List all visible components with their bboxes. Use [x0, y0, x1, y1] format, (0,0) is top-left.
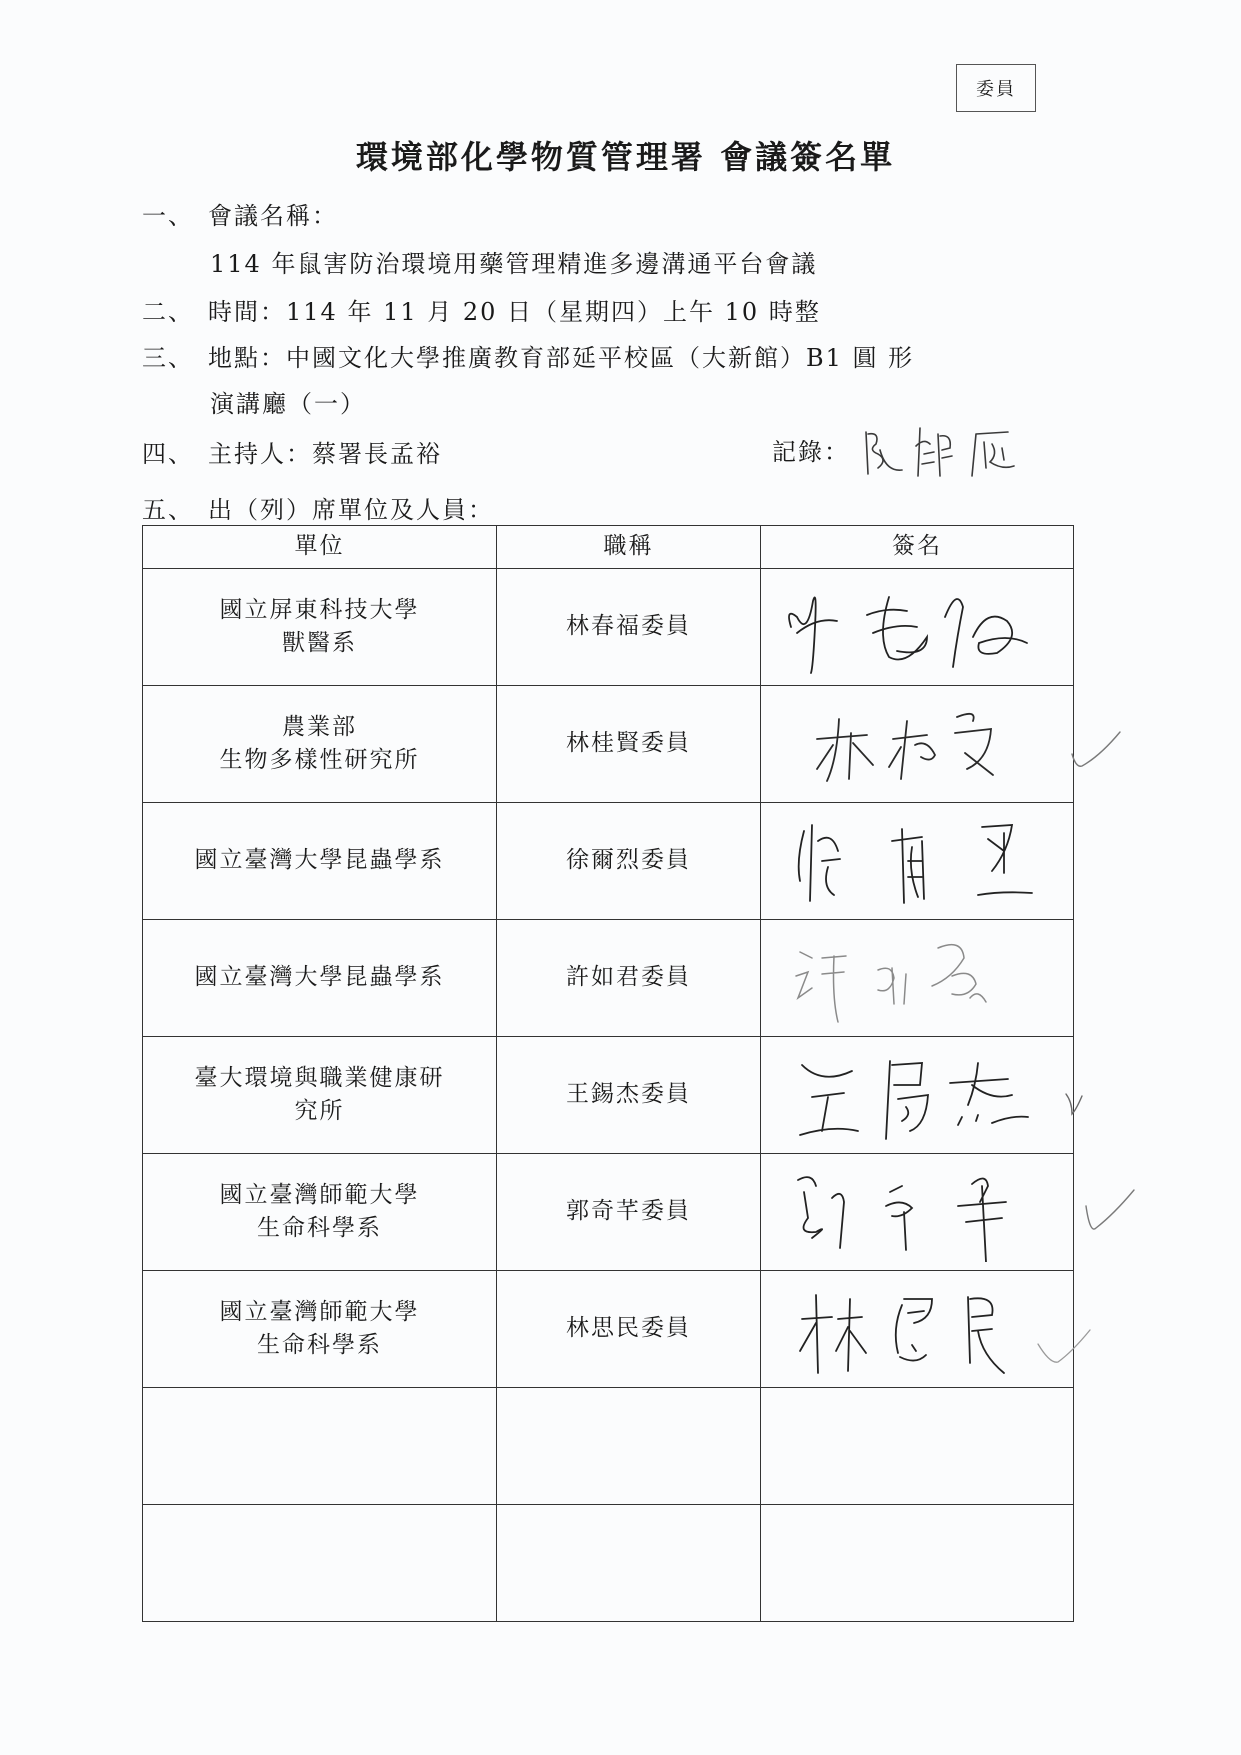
meeting-time-line: 二、時間：114 年 11 月 20 日（星期四）上午 10 時整: [142, 292, 821, 327]
check-mark-icon: [1036, 1324, 1096, 1374]
handwritten-signature: [777, 577, 1057, 677]
table-row: 國立臺灣大學昆蟲學系 徐爾烈委員: [143, 803, 1074, 920]
title-cell[interactable]: [497, 1388, 761, 1505]
meeting-name-label-line: 一、會議名稱：: [142, 196, 338, 231]
handwritten-signature: [782, 1162, 1052, 1262]
handwritten-signature: [782, 928, 1052, 1028]
table-row: 國立臺灣師範大學生命科學系 林思民委員: [143, 1271, 1074, 1388]
meeting-name-value: 114 年鼠害防治環境用藥管理精進多邊溝通平台會議: [210, 244, 817, 279]
check-mark-icon: [1084, 1184, 1144, 1244]
signature-cell[interactable]: [761, 1388, 1074, 1505]
handwritten-signature: [782, 1279, 1052, 1379]
unit-cell[interactable]: [143, 1505, 497, 1622]
signature-cell: [761, 920, 1074, 1037]
signature-cell[interactable]: [761, 1505, 1074, 1622]
recorder-signature: [858, 424, 1058, 484]
meeting-location-line: 三、地點：中國文化大學推廣教育部延平校區（大新館）B1 圓 形: [142, 338, 914, 373]
table-row: 國立屏東科技大學獸醫系 林春福委員: [143, 569, 1074, 686]
title-cell[interactable]: [497, 1505, 761, 1622]
table-row-empty: [143, 1388, 1074, 1505]
unit-cell: 臺大環境與職業健康研究所: [143, 1037, 497, 1154]
meeting-location-label: 地點：: [208, 344, 286, 372]
section-number: 三、: [142, 338, 208, 373]
title-cell: 林思民委員: [497, 1271, 761, 1388]
signature-cell: [761, 1154, 1074, 1271]
section-number: 四、: [142, 434, 208, 469]
signature-cell: [761, 803, 1074, 920]
attendees-label: 出（列）席單位及人員：: [208, 496, 494, 524]
attendees-line: 五、出（列）席單位及人員：: [142, 490, 494, 525]
check-mark-icon: [1070, 722, 1130, 782]
signature-cell: [761, 1037, 1074, 1154]
document-type-tag: 委員: [956, 64, 1036, 112]
header-unit: 單位: [143, 526, 497, 569]
unit-line-1: 臺大環境與職業健康研: [143, 1062, 496, 1095]
table-row: 臺大環境與職業健康研究所 王錫杰委員: [143, 1037, 1074, 1154]
unit-line-2: 獸醫系: [143, 627, 496, 660]
table-row: 國立臺灣師範大學生命科學系 郭奇芊委員: [143, 1154, 1074, 1271]
handwritten-signature: [797, 699, 1037, 789]
unit-line-2: 生命科學系: [143, 1212, 496, 1245]
table-row: 國立臺灣大學昆蟲學系 許如君委員: [143, 920, 1074, 1037]
unit-line-1: 國立屏東科技大學: [143, 594, 496, 627]
chair-label: 主持人：: [208, 440, 312, 468]
title-cell: 王錫杰委員: [497, 1037, 761, 1154]
unit-cell: 國立臺灣師範大學生命科學系: [143, 1154, 497, 1271]
section-number: 一、: [142, 196, 208, 231]
meeting-location-value-2: 演講廳（一）: [210, 384, 366, 419]
unit-line-2: 生物多樣性研究所: [143, 744, 496, 777]
handwritten-signature: [782, 811, 1052, 911]
unit-line-2: 究所: [143, 1095, 496, 1128]
unit-line-1: 國立臺灣師範大學: [143, 1179, 496, 1212]
title-cell: 許如君委員: [497, 920, 761, 1037]
unit-cell[interactable]: [143, 1388, 497, 1505]
title-cell: 林春福委員: [497, 569, 761, 686]
unit-cell: 農業部生物多樣性研究所: [143, 686, 497, 803]
recorder-label: 記錄：: [772, 432, 850, 467]
title-cell: 徐爾烈委員: [497, 803, 761, 920]
unit-line-1: 農業部: [143, 711, 496, 744]
unit-line-1: 國立臺灣大學昆蟲學系: [143, 844, 496, 877]
signature-cell: [761, 569, 1074, 686]
unit-cell: 國立臺灣大學昆蟲學系: [143, 920, 497, 1037]
signature-cell: [761, 1271, 1074, 1388]
attendance-table: 單位 職稱 簽名 國立屏東科技大學獸醫系 林春福委員 農業部生物多樣性研究所 林…: [142, 525, 1074, 1622]
section-number: 五、: [142, 490, 208, 525]
unit-cell: 國立屏東科技大學獸醫系: [143, 569, 497, 686]
unit-line-1: 國立臺灣大學昆蟲學系: [143, 961, 496, 994]
check-mark-icon: [1062, 1090, 1102, 1130]
document-title: 環境部化學物質管理署 會議簽名單: [0, 132, 1241, 178]
table-header-row: 單位 職稱 簽名: [143, 526, 1074, 569]
meeting-location-value-1: 中國文化大學推廣教育部延平校區（大新館）B1 圓 形: [286, 344, 914, 372]
header-signature: 簽名: [761, 526, 1074, 569]
unit-line-1: 國立臺灣師範大學: [143, 1296, 496, 1329]
unit-cell: 國立臺灣師範大學生命科學系: [143, 1271, 497, 1388]
header-title: 職稱: [497, 526, 761, 569]
chair-line: 四、主持人：蔡署長孟裕: [142, 434, 442, 469]
title-cell: 郭奇芊委員: [497, 1154, 761, 1271]
section-number: 二、: [142, 292, 208, 327]
document-type-tag-text: 委員: [976, 75, 1016, 101]
handwritten-signature: [782, 1045, 1052, 1145]
meeting-time-value: 114 年 11 月 20 日（星期四）上午 10 時整: [286, 298, 821, 326]
table-row-empty: [143, 1505, 1074, 1622]
table-row: 農業部生物多樣性研究所 林桂賢委員: [143, 686, 1074, 803]
signature-cell: [761, 686, 1074, 803]
meeting-time-label: 時間：: [208, 298, 286, 326]
unit-cell: 國立臺灣大學昆蟲學系: [143, 803, 497, 920]
chair-value: 蔡署長孟裕: [312, 440, 442, 468]
unit-line-2: 生命科學系: [143, 1329, 496, 1362]
meeting-name-label: 會議名稱：: [208, 202, 338, 230]
title-cell: 林桂賢委員: [497, 686, 761, 803]
